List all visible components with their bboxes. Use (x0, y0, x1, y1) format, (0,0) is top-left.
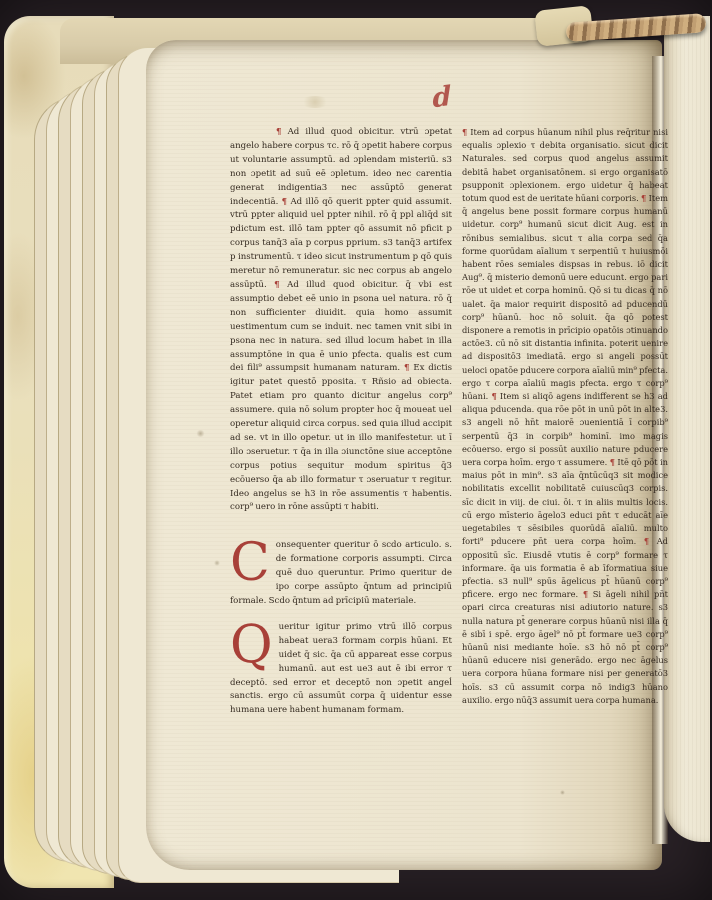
left-text-column: ¶ Ad illud quod obicitur. vtrū ɔpetat an… (230, 126, 452, 718)
text-run: Item q̄ angelus bene possit formare corp… (462, 193, 668, 401)
left-column-flow-text: ¶ Ad illud quod obicitur. vtrū ɔpetat an… (230, 126, 452, 515)
right-text-column: ¶ Item ad corpus hūanum nihil plus req̄r… (462, 126, 668, 718)
pilcrow-mark: ¶ (641, 193, 646, 203)
text-run: Item si aliqō agens indifferent se h3 ad… (462, 391, 668, 467)
text-run: Ad illud quod obicitur. vtrū ɔpetat ange… (230, 127, 452, 207)
paragraph-consequenter: Consequenter queritur ō scdo articulo. s… (230, 539, 452, 609)
book-photograph: d ¶ Ad illud quod obicitur. vtrū ɔpetat … (0, 0, 712, 900)
quire-signature-mark: d (420, 79, 465, 116)
pilcrow-mark: ¶ (462, 127, 467, 137)
pilcrow-mark: ¶ (610, 457, 615, 467)
drop-cap-initial-c: C (230, 539, 276, 584)
right-column-flow-text: ¶ Item ad corpus hūanum nihil plus req̄r… (462, 126, 668, 707)
text-run: Si āgeli nihil pn̄t opari circa creatura… (462, 589, 668, 705)
text-run: Ad illud quod obicitur. q̄ vbi est assum… (230, 280, 452, 373)
facing-page (664, 16, 710, 842)
pilcrow-mark: ¶ (491, 391, 496, 401)
paragraph-queritur: Queritur igitur primo vtrū illō corpus h… (230, 621, 452, 718)
pilcrow-mark: ¶ (583, 589, 588, 599)
pilcrow-mark: ¶ (274, 280, 279, 290)
text-block: ¶ Ad illud quod obicitur. vtrū ɔpetat an… (230, 126, 668, 718)
drop-cap-initial-q: Q (230, 621, 279, 666)
text-run: Itē qō pōt in maius pōt in min⁹. s3 aīa … (462, 457, 668, 546)
text-run: Item ad corpus hūanum nihil plus req̄rit… (462, 127, 668, 203)
pilcrow-mark: ¶ (404, 363, 409, 373)
text-run: Ad illō qō querit ppter quid assumit. vt… (230, 197, 452, 290)
pilcrow-mark: ¶ (644, 536, 649, 546)
pilcrow-mark: ¶ (282, 197, 287, 207)
text-run: Ex dictis igitur patet questō pposita. τ… (230, 363, 452, 512)
pilcrow-mark: ¶ (276, 127, 281, 137)
